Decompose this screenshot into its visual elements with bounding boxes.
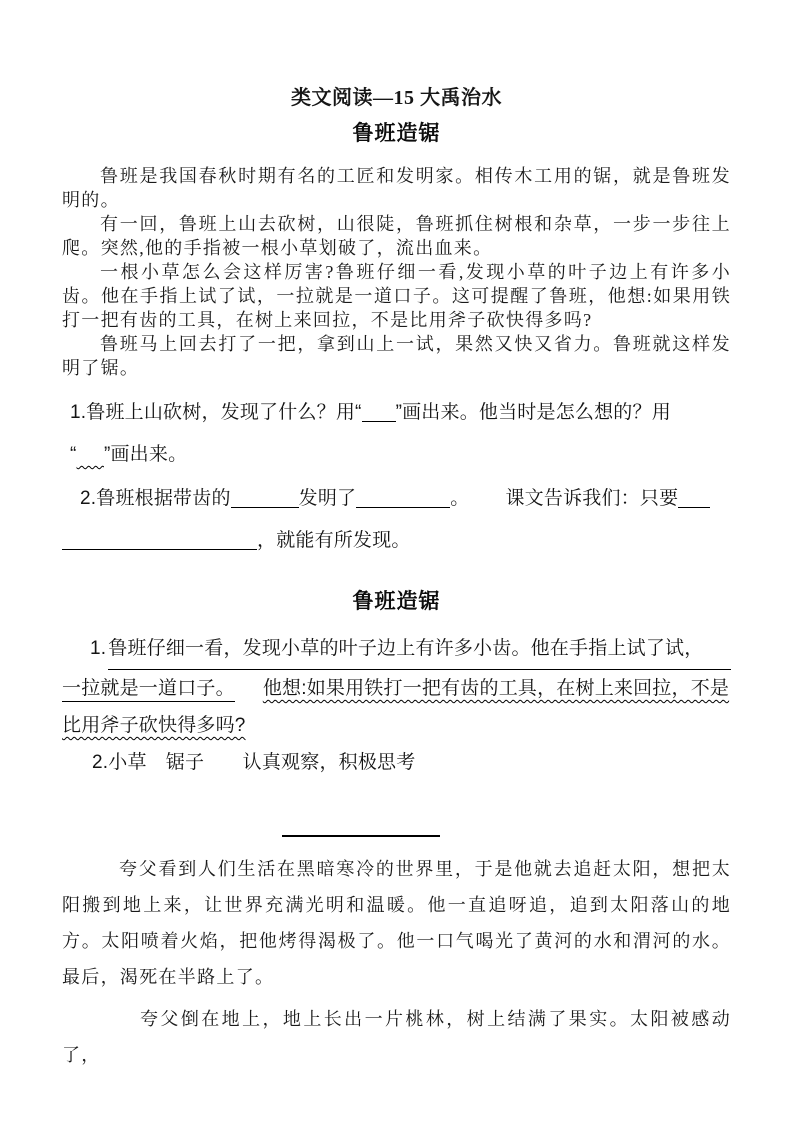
answer-2: 2.小草 锯子 认真观察，积极思考 — [62, 744, 731, 781]
question-1-text-a: 1.鲁班上山砍树，发现了什么？用“ — [70, 402, 362, 423]
question-2-text-a: 2.鲁班根据带齿的 — [80, 488, 231, 509]
answer-1-number: 1. — [90, 630, 108, 667]
question-1-line-2: “ ”画出来。 — [62, 434, 731, 476]
question-2-text-d: ，就能有所发现。 — [257, 530, 411, 551]
question-2-line-1: 2.鲁班根据带齿的发明了。课文告诉我们：只要 — [62, 478, 731, 520]
fill-blank-wavy[interactable] — [77, 444, 104, 465]
answer-1-underlined-text: 一拉就是一道口子。 — [62, 678, 235, 702]
answer-1-wavy-text: 他想:如果用铁打一把有齿的工具，在树上来回拉，不是 — [263, 678, 729, 699]
passage1-paragraph-3: 一根小草怎么会这样厉害?鲁班仔细一看,发现小草的叶子边上有许多小齿。他在手指上试… — [62, 260, 731, 332]
passage2-paragraph-1: 夸父看到人们生活在黑暗寒冷的世界里，于是他就去追赶太阳，想把太阳搬到地上来，让世… — [62, 851, 731, 995]
fill-blank-straight[interactable] — [231, 489, 299, 508]
passage2-paragraph-2: 夸父倒在地上，地上长出一片桃林，树上结满了果实。太阳被感动了， — [62, 1001, 731, 1073]
answer-1-wavy-text: 比用斧子砍快得多吗? — [62, 715, 246, 736]
passage2: 夸父看到人们生活在黑暗寒冷的世界里，于是他就去追赶太阳，想把太阳搬到地上来，让世… — [62, 851, 731, 1073]
question-2-period: 。 — [450, 488, 469, 509]
fill-blank-straight[interactable] — [678, 489, 710, 508]
passage1-paragraph-4: 鲁班马上回去打了一把，拿到山上一试，果然又快又省力。鲁班就这样发明了锯。 — [62, 332, 731, 380]
fill-blank-straight[interactable] — [356, 489, 450, 508]
passage1-paragraph-1: 鲁班是我国春秋时期有名的工匠和发明家。相传木工用的锯，就是鲁班发明的。 — [62, 164, 731, 212]
fill-blank-straight[interactable] — [62, 531, 257, 550]
answers-section: 1.鲁班仔细一看，发现小草的叶子边上有许多小齿。他在手指上试了试， 一拉就是一道… — [62, 630, 731, 781]
question-1-text-b: ”画出来。他当时是怎么想的？用 — [396, 402, 671, 423]
title-blank-divider — [282, 835, 440, 837]
question-1: 1.鲁班上山砍树，发现了什么？用“”画出来。他当时是怎么想的？用 “ ”画出来。 — [62, 392, 731, 476]
answer-1-line-2: 一拉就是一道口子。他想:如果用铁打一把有齿的工具，在树上来回拉，不是 — [62, 670, 731, 707]
document-page: 类文阅读—15 大禹治水 鲁班造锯 鲁班是我国春秋时期有名的工匠和发明家。相传木… — [0, 0, 793, 1122]
question-2-text-b: 发明了 — [299, 488, 357, 509]
answers-heading: 鲁班造锯 — [62, 588, 731, 614]
question-1-text-c: ”画出来。 — [104, 444, 187, 465]
question-2-line-2: ，就能有所发现。 — [62, 520, 731, 562]
question-2-text-c: 课文告诉我们：只要 — [505, 488, 678, 509]
answer-1-line-1: 1.鲁班仔细一看，发现小草的叶子边上有许多小齿。他在手指上试了试， — [62, 630, 731, 670]
answer-1-line-3: 比用斧子砍快得多吗? — [62, 707, 731, 744]
questions-section: 1.鲁班上山砍树，发现了什么？用“”画出来。他当时是怎么想的？用 “ ”画出来。… — [62, 392, 731, 562]
passage1-paragraph-2: 有一回，鲁班上山去砍树，山很陡，鲁班抓住树根和杂草，一步一步往上爬。突然,他的手… — [62, 212, 731, 260]
doc-title: 类文阅读—15 大禹治水 — [62, 86, 731, 110]
passage1-heading: 鲁班造锯 — [62, 120, 731, 146]
page-content: 类文阅读—15 大禹治水 鲁班造锯 鲁班是我国春秋时期有名的工匠和发明家。相传木… — [0, 0, 793, 1073]
answer-1-underlined-text: 鲁班仔细一看，发现小草的叶子边上有许多小齿。他在手指上试了试， — [108, 630, 731, 670]
question-2: 2.鲁班根据带齿的发明了。课文告诉我们：只要 ，就能有所发现。 — [62, 478, 731, 562]
question-1-line-1: 1.鲁班上山砍树，发现了什么？用“”画出来。他当时是怎么想的？用 — [62, 392, 731, 434]
fill-blank-straight[interactable] — [362, 403, 396, 422]
passage1: 鲁班是我国春秋时期有名的工匠和发明家。相传木工用的锯，就是鲁班发明的。 有一回，… — [62, 164, 731, 380]
